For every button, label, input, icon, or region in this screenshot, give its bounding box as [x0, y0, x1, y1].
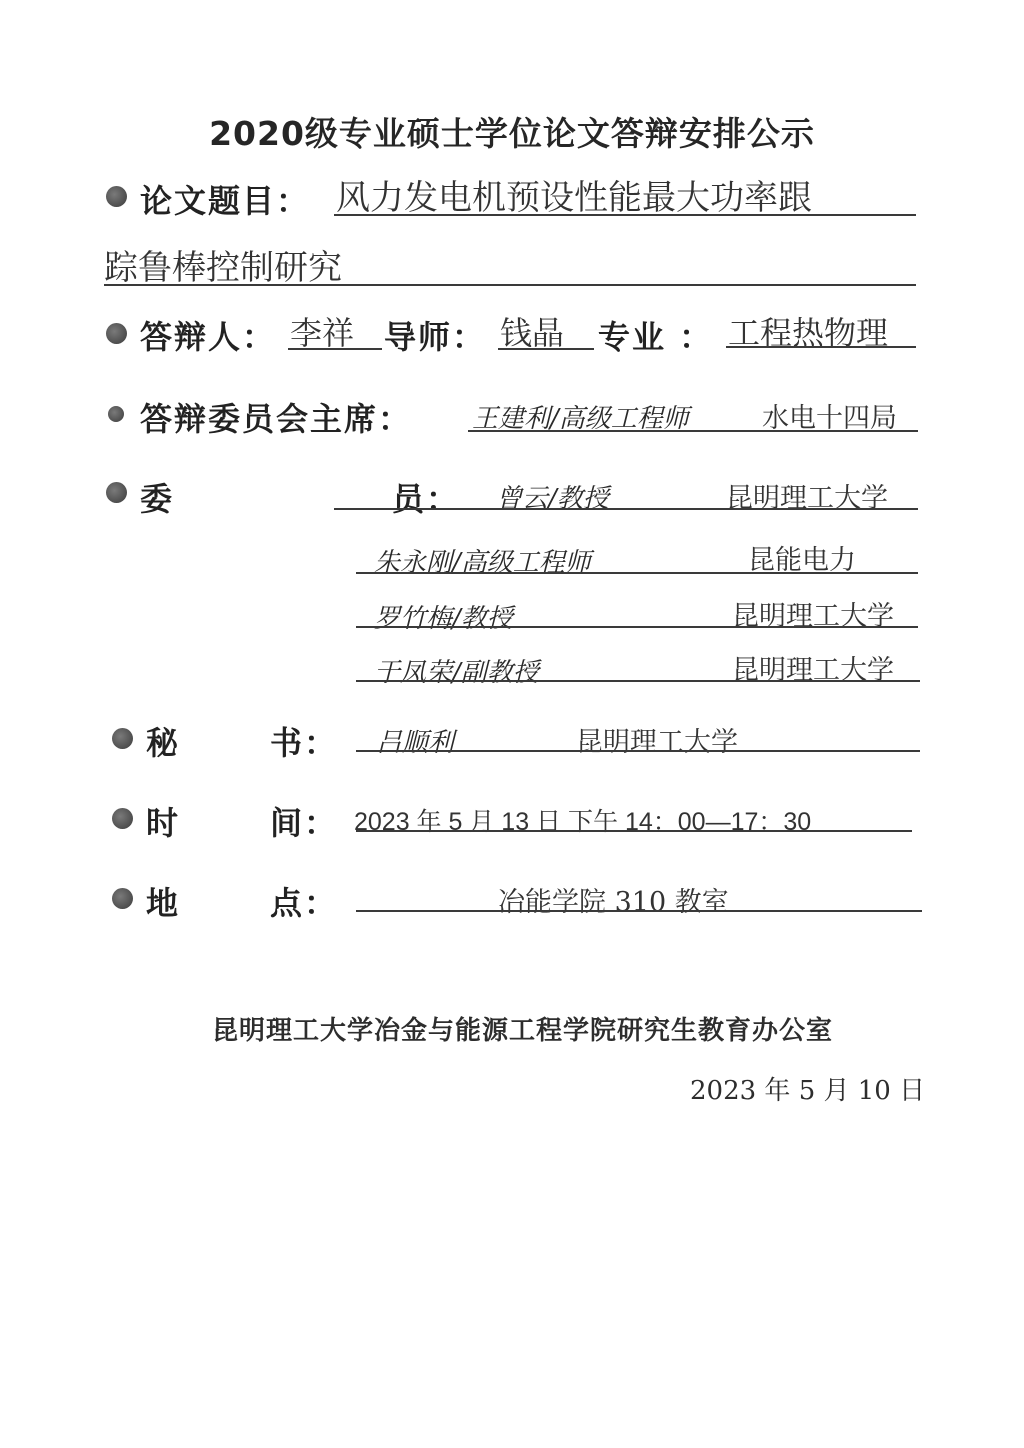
committee-members-label-right: 员：: [392, 474, 460, 520]
committee-chair-label: 答辩委员会主席：: [140, 394, 412, 440]
location-value: 冶能学院 310 教室: [498, 880, 729, 919]
bullet-icon: [108, 406, 124, 422]
thesis-title-line1: 风力发电机预设性能最大功率跟: [336, 170, 812, 219]
defender-label: 答辩人：: [140, 312, 276, 358]
underline: [356, 910, 922, 912]
location-label-right: 点：: [270, 878, 338, 924]
bullet-icon: [106, 186, 127, 207]
underline: [356, 680, 920, 682]
bullet-icon: [112, 728, 133, 749]
underline: [356, 830, 912, 832]
secretary-org: 昆明理工大学: [576, 720, 738, 759]
footer-date: 2023 年 5 月 10 日: [690, 1070, 925, 1107]
major-label: 专业 ：: [598, 312, 713, 358]
page-title: 2020级专业硕士学位论文答辩安排公示: [0, 108, 1024, 155]
underline: [334, 214, 916, 216]
underline: [356, 572, 918, 574]
committee-chair-org: 水电十四局: [762, 396, 897, 435]
footer-organization: 昆明理工大学冶金与能源工程学院研究生教育办公室: [212, 1010, 833, 1047]
secretary-label-right: 书：: [270, 718, 338, 764]
thesis-title-line2: 踪鲁棒控制研究: [104, 240, 342, 289]
underline: [498, 348, 594, 350]
member-name: 于凤荣/副教授: [374, 652, 539, 689]
secretary-name: 吕顺利: [376, 722, 454, 759]
underline: [104, 284, 916, 286]
underline: [334, 508, 918, 510]
bullet-icon: [112, 888, 133, 909]
bullet-icon: [106, 323, 127, 344]
bullet-icon: [106, 482, 127, 503]
underline: [356, 626, 918, 628]
bullet-icon: [112, 808, 133, 829]
underline: [288, 348, 382, 350]
time-label-left: 时: [146, 798, 180, 844]
time-label-right: 间：: [270, 798, 338, 844]
committee-members-label-left: 委: [140, 474, 174, 520]
time-value: 2023 年 5 月 13 日 下午 14：00—17：30: [354, 802, 811, 838]
thesis-label: 论文题目：: [140, 176, 310, 222]
secretary-label-left: 秘: [146, 718, 180, 764]
underline: [356, 750, 920, 752]
location-label-left: 地: [146, 878, 180, 924]
underline: [726, 346, 916, 348]
member-name: 罗竹梅/教授: [374, 598, 513, 635]
advisor-label: 导师：: [384, 312, 486, 358]
